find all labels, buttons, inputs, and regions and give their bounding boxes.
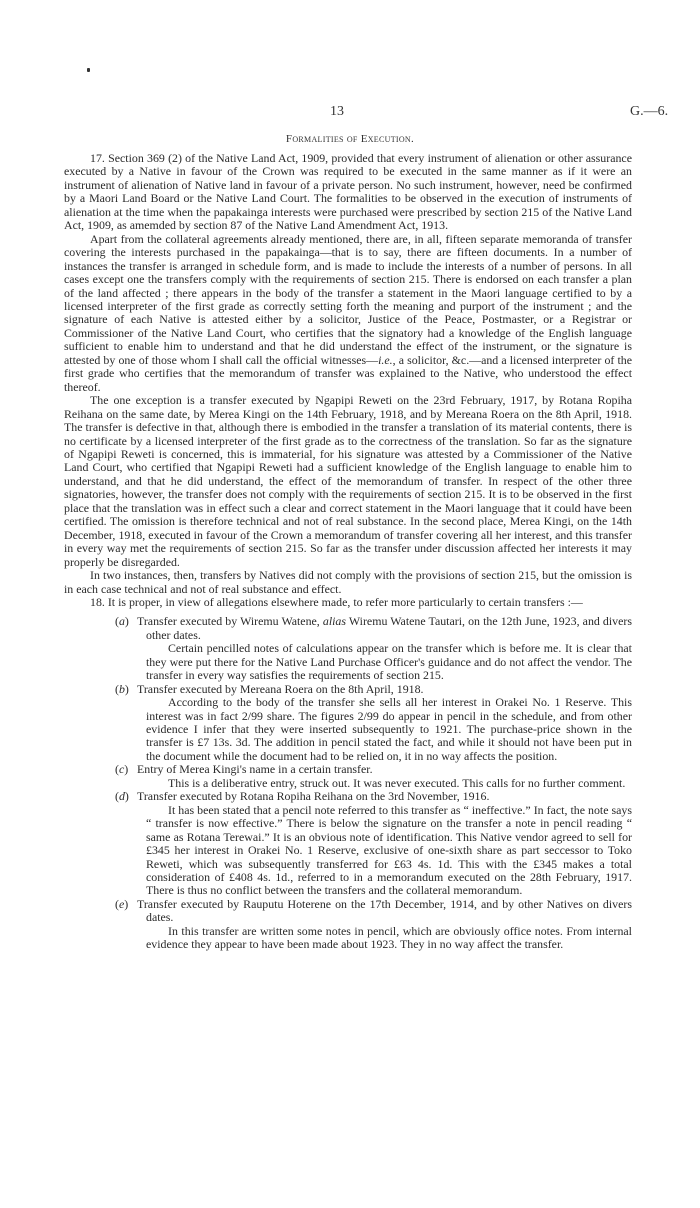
- paragraph-17-exception: The one exception is a transfer executed…: [64, 394, 632, 569]
- item-body: This is a deliberative entry, struck out…: [115, 777, 632, 790]
- section-title: Formalities of Execution.: [0, 133, 700, 145]
- item-heading: (a)Transfer executed by Wiremu Watene, a…: [115, 615, 632, 642]
- item-label: (e): [115, 898, 137, 911]
- document-body: 17. Section 369 (2) of the Native Land A…: [64, 152, 632, 952]
- paragraph-17: 17. Section 369 (2) of the Native Land A…: [64, 152, 632, 233]
- ie-abbreviation: i.e.: [378, 353, 393, 367]
- item-label: (c): [115, 763, 137, 776]
- paragraph-18: 18. It is proper, in view of allegations…: [64, 596, 632, 609]
- item-heading: (c)Entry of Merea Kingi's name in a cert…: [115, 763, 632, 776]
- page-number: 13: [330, 104, 344, 120]
- item-label: (d): [115, 790, 137, 803]
- item-label: (a): [115, 615, 137, 628]
- list-item-a: (a)Transfer executed by Wiremu Watene, a…: [115, 615, 632, 682]
- item-body: In this transfer are written some notes …: [115, 925, 632, 952]
- paragraph-17-conclusion: In two instances, then, transfers by Nat…: [64, 569, 632, 596]
- document-code: G.—6.: [630, 104, 668, 120]
- item-heading: (b)Transfer executed by Mereana Roera on…: [115, 683, 632, 696]
- stray-mark: [87, 68, 90, 72]
- item-body: It has been stated that a pencil note re…: [115, 804, 632, 898]
- item-heading: (e)Transfer executed by Rauputu Hoterene…: [115, 898, 632, 925]
- paragraph-text: Apart from the collateral agreements alr…: [64, 232, 632, 367]
- list-item-d: (d)Transfer executed by Rotana Ropiha Re…: [115, 790, 632, 898]
- paragraph-17-collateral: Apart from the collateral agreements alr…: [64, 233, 632, 394]
- list-item-e: (e)Transfer executed by Rauputu Hoterene…: [115, 898, 632, 952]
- item-body: Certain pencilled notes of calculations …: [115, 642, 632, 682]
- item-label: (b): [115, 683, 137, 696]
- item-body: According to the body of the transfer sh…: [115, 696, 632, 763]
- alias-italic: alias: [323, 614, 346, 628]
- list-item-b: (b)Transfer executed by Mereana Roera on…: [115, 683, 632, 764]
- list-item-c: (c)Entry of Merea Kingi's name in a cert…: [115, 763, 632, 790]
- item-heading: (d)Transfer executed by Rotana Ropiha Re…: [115, 790, 632, 803]
